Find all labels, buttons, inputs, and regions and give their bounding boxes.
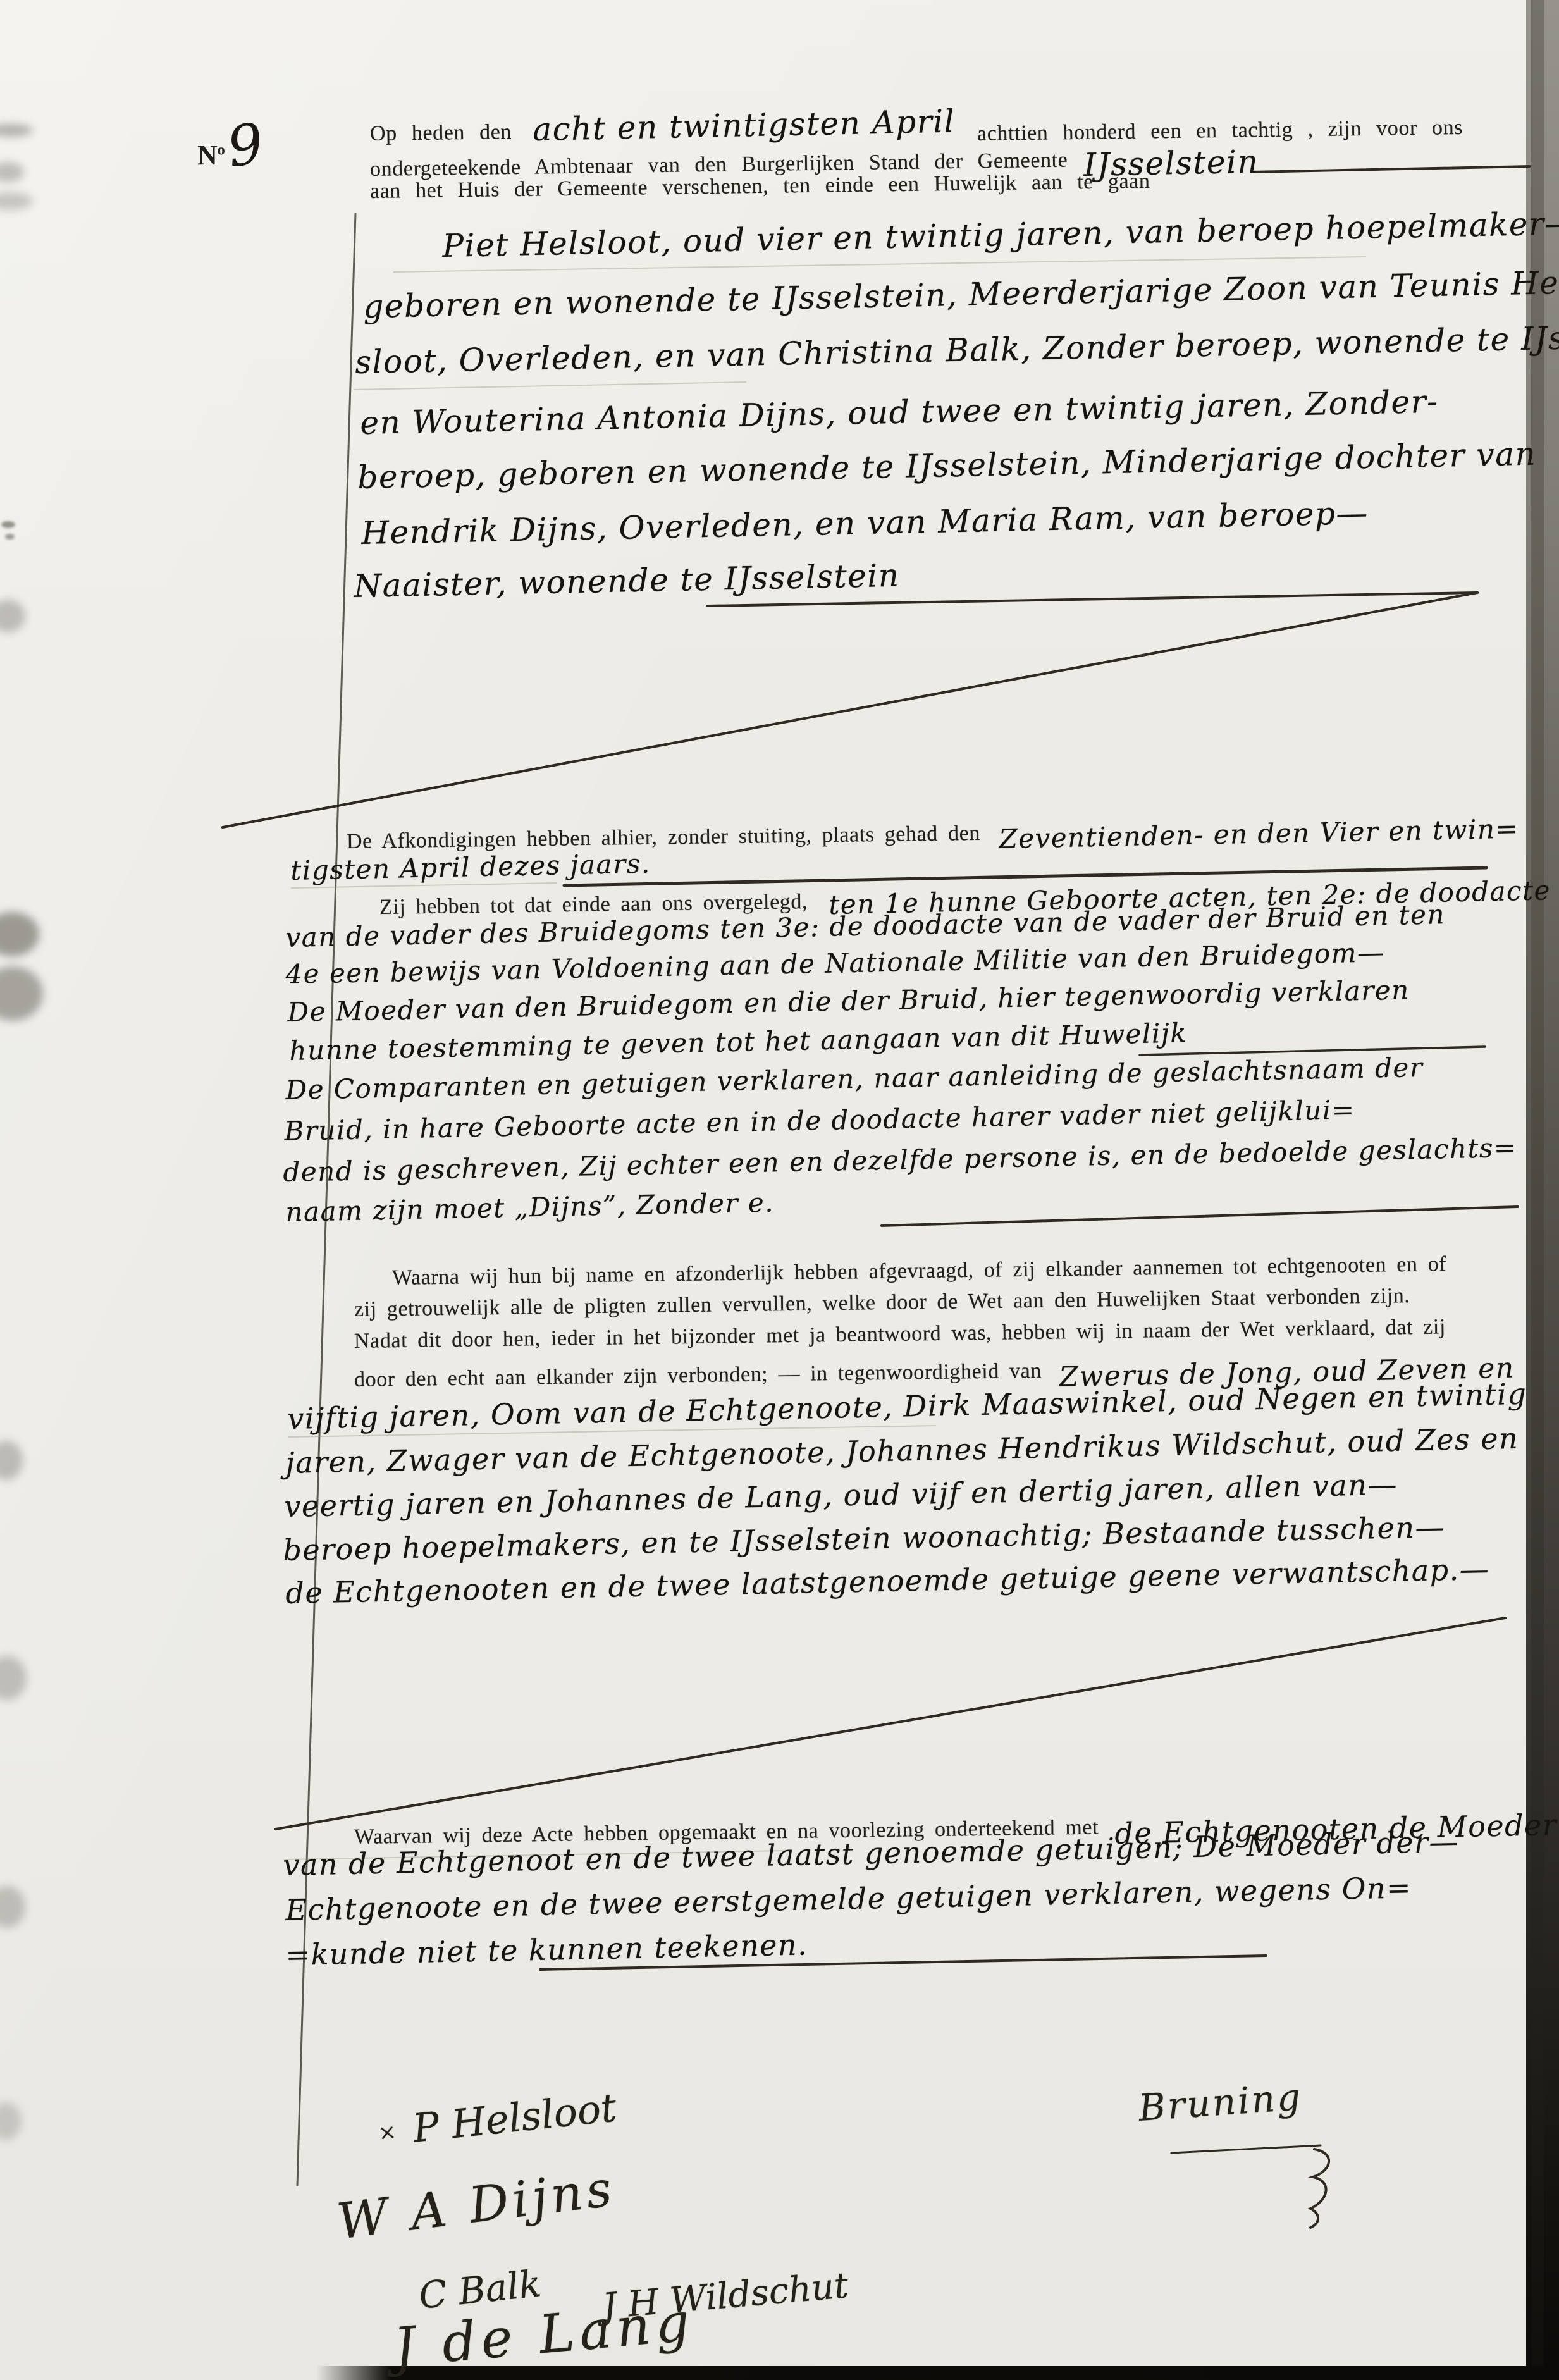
header-line-1-printed-b: achttien honderd een en tachtig , zijn v… [977,116,1463,146]
dijns-filler-line [882,1207,1518,1226]
marriage-record-page: No 9 Op heden den acht en twintigsten Ap… [0,0,1559,2380]
afkondigingen-intro-printed: De Afkondigingen hebben alhier, zonder s… [347,822,980,854]
wet-line-4-printed: door den echt aan elkander zijn verbonde… [354,1359,1042,1392]
header-line-1: Op heden den acht en twintigsten April a… [370,111,1463,148]
act-number-value: 9 [223,111,268,180]
act-number: No 9 [197,113,263,178]
header-date-hand: acht en twintigsten April [533,103,956,148]
header-line-1-printed-a: Op heden den [370,120,512,146]
comparanten-diagonal [223,593,1477,827]
act-number-label: No [197,140,225,171]
bruning-paraph [1310,2149,1329,2228]
getuigen-diagonal [276,1618,1505,1829]
gemeente-filler-line [1251,166,1529,172]
signature-cross-mark: × [377,2119,398,2147]
bruning-underline [1171,2145,1321,2153]
